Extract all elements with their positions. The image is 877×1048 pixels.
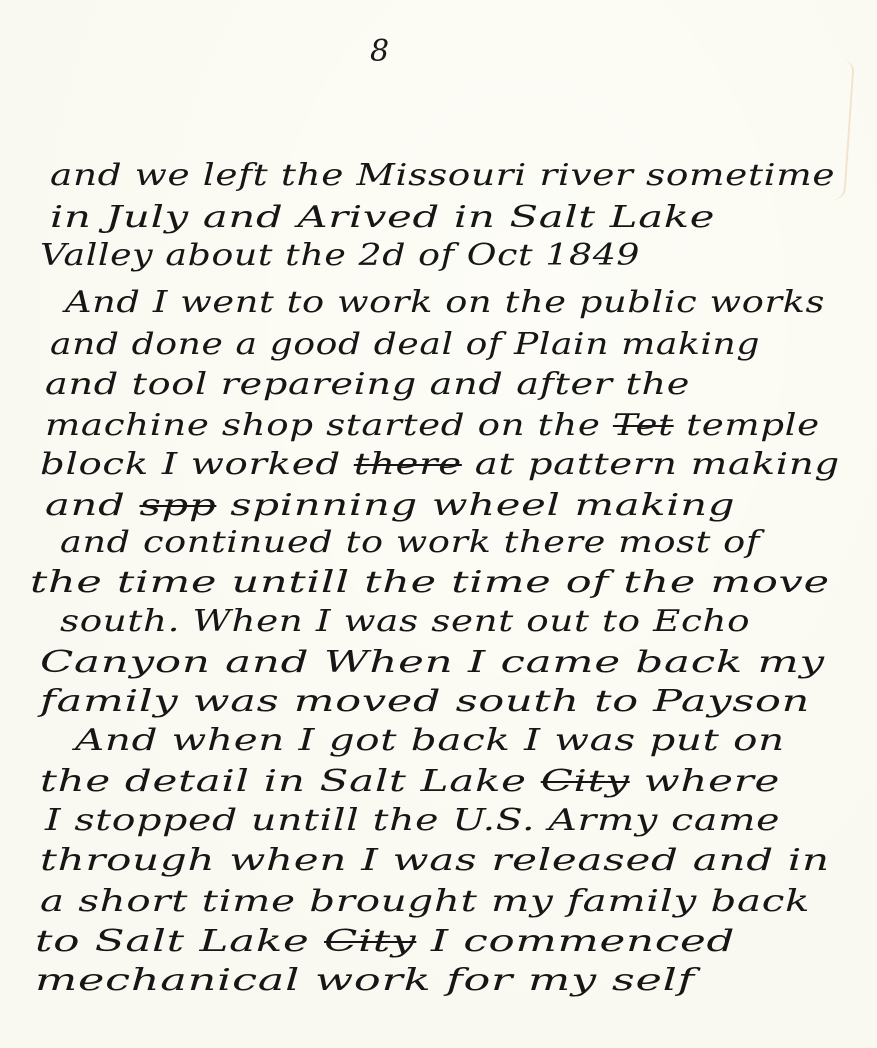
text-segment: and [45, 488, 139, 523]
paper-stain [833, 60, 855, 200]
struck-word: City [324, 924, 416, 959]
text-segment: at pattern making [462, 447, 840, 482]
text-line: family was moved south to Payson [40, 684, 810, 719]
page-number: 8 [370, 34, 389, 69]
struck-word: there [354, 447, 462, 482]
text-line: and continued to work there most of [60, 525, 760, 560]
text-line: and spp spinning wheel making [45, 488, 735, 523]
text-segment: in July and Arived in Salt Lake [50, 200, 715, 235]
text-segment: spinning wheel making [216, 488, 735, 523]
text-line: Valley about the 2d of Oct 1849 [40, 238, 640, 273]
text-segment: a short time brought my family back [40, 884, 810, 919]
text-line: the detail in Salt Lake City where [40, 764, 780, 799]
text-segment: south. When I was sent out to Echo [60, 604, 750, 639]
text-line: Canyon and When I came back my [40, 645, 825, 680]
text-segment: and we left the Missouri river sometime [50, 158, 835, 193]
text-line: mechanical work for my self [35, 963, 695, 998]
text-segment: to Salt Lake [35, 924, 324, 959]
text-line: I stopped untill the U.S. Army came [45, 803, 780, 838]
manuscript-page: 8 and we left the Missouri river sometim… [0, 0, 877, 1048]
text-segment: And I went to work on the public works [65, 285, 825, 320]
text-line: And when I got back I was put on [75, 723, 785, 758]
struck-word: spp [139, 488, 216, 523]
text-segment: machine shop started on the [45, 408, 613, 443]
text-segment: Valley about the 2d of Oct 1849 [40, 238, 640, 273]
text-segment: block I worked [40, 447, 354, 482]
text-line: block I worked there at pattern making [40, 447, 840, 482]
text-line: in July and Arived in Salt Lake [50, 200, 715, 235]
text-line: machine shop started on the Tet temple [45, 408, 820, 443]
text-segment: family was moved south to Payson [40, 684, 810, 719]
struck-word: Tet [613, 408, 674, 443]
text-segment: temple [674, 408, 820, 443]
text-line: And I went to work on the public works [65, 285, 825, 320]
text-segment: mechanical work for my self [35, 963, 695, 998]
text-segment: And when I got back I was put on [75, 723, 785, 758]
text-segment: and tool repareing and after the [45, 367, 690, 402]
text-line: the time untill the time of the move [30, 565, 830, 600]
text-line: south. When I was sent out to Echo [60, 604, 750, 639]
text-segment: and done a good deal of Plain making [50, 327, 760, 362]
text-segment: through when I was released and in [40, 843, 830, 878]
text-line: to Salt Lake City I commenced [35, 924, 735, 959]
text-line: and done a good deal of Plain making [50, 327, 760, 362]
text-segment: and continued to work there most of [60, 525, 760, 560]
text-line: through when I was released and in [40, 843, 830, 878]
text-line: and tool repareing and after the [45, 367, 690, 402]
text-segment: Canyon and When I came back my [40, 645, 825, 680]
text-line: and we left the Missouri river sometime [50, 158, 835, 193]
text-segment: I commenced [416, 924, 735, 959]
text-segment: the detail in Salt Lake [40, 764, 541, 799]
struck-word: City [541, 764, 630, 799]
text-segment: where [630, 764, 780, 799]
text-line: a short time brought my family back [40, 884, 810, 919]
text-segment: the time untill the time of the move [30, 565, 830, 600]
text-segment: I stopped untill the U.S. Army came [45, 803, 780, 838]
